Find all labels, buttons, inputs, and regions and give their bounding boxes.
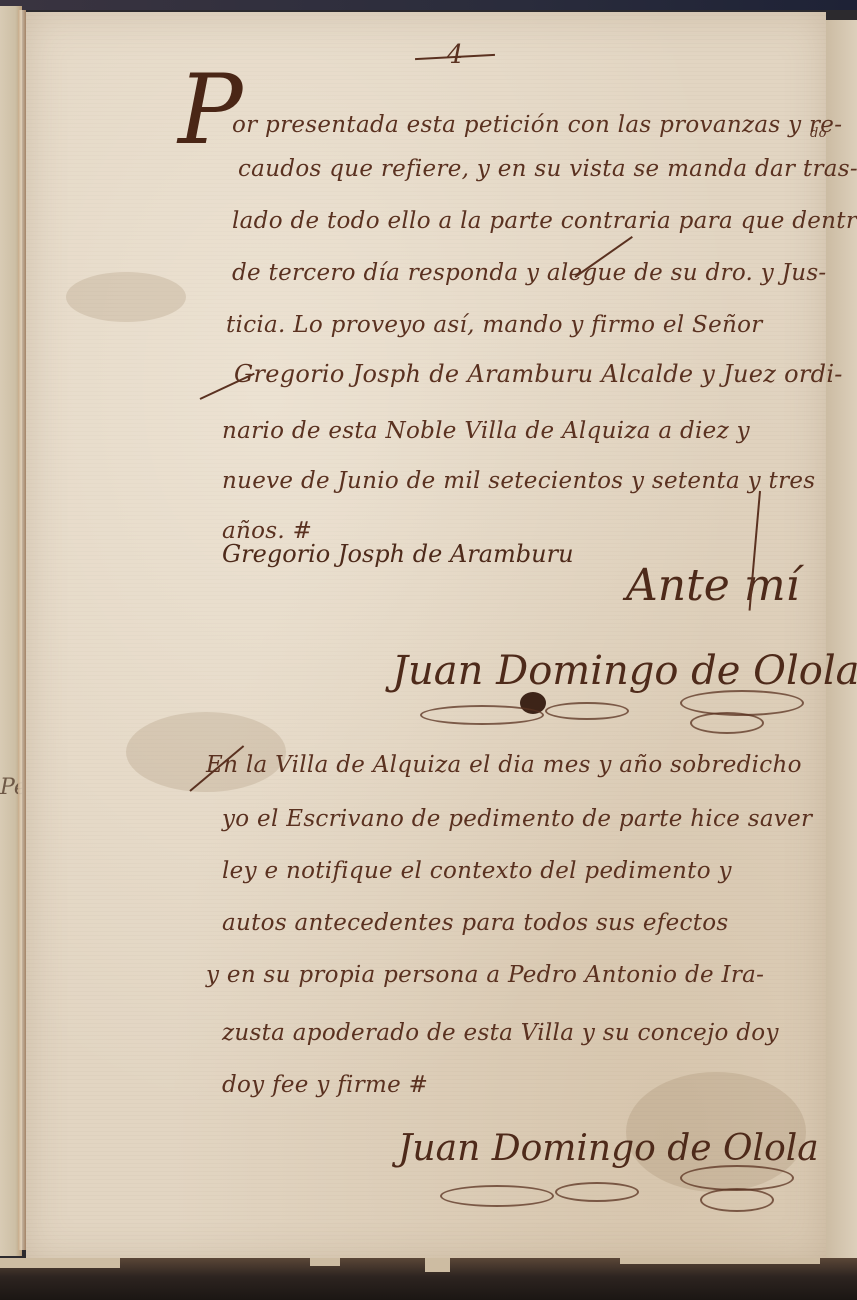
torn-edge: [620, 1258, 820, 1264]
text-line-4: de tercero día responda y alegue de su d…: [232, 260, 827, 286]
signature-flourish: [440, 1185, 554, 1207]
scan-bottom-edge: [0, 1258, 857, 1300]
signature-flourish: [690, 712, 764, 734]
text-line-7: nario de esta Noble Villa de Alquiza a d…: [222, 418, 750, 444]
text-line-15: zusta apoderado de esta Villa y su conce…: [222, 1020, 779, 1046]
paper-stain: [66, 272, 186, 322]
text-line-13: autos antecedentes para todos sus efecto…: [222, 910, 729, 936]
text-line-8: nueve de Junio de mil setecientos y sete…: [222, 468, 815, 494]
text-line-2: caudos que refiere, y en su vista se man…: [238, 156, 857, 182]
ante-mi-rubric: Ante mí: [626, 560, 800, 611]
folio-number: 4: [415, 40, 495, 80]
adjacent-right-page-edge: [824, 20, 857, 1260]
text-line-5: ticia. Lo proveyo así, mando y firmo el …: [226, 312, 763, 338]
signature-flourish: [545, 702, 629, 720]
text-line-6: Gregorio Josph de Aramburu Alcalde y Jue…: [234, 360, 843, 388]
torn-edge: [310, 1258, 340, 1266]
text-line-14: y en su propia persona a Pedro Antonio d…: [206, 962, 764, 988]
text-line-12: ley e notifique el contexto del pediment…: [222, 858, 732, 884]
text-line-1: or presentada esta petición con las prov…: [232, 112, 842, 138]
text-line-11: yo el Escrivano de pedimento de parte hi…: [222, 806, 812, 832]
binding-gutter: [18, 10, 26, 1250]
text-line-16: doy fee y firme #: [222, 1072, 428, 1098]
signature-flourish: [700, 1188, 774, 1212]
decorated-initial: P: [178, 62, 243, 158]
notary-signature-1: Juan Domingo de Olola: [392, 648, 857, 694]
magistrate-signature: Gregorio Josph de Aramburu: [222, 540, 574, 568]
signature-flourish: [555, 1182, 639, 1202]
torn-edge: [0, 1258, 120, 1268]
notary-signature-2: Juan Domingo de Olola: [398, 1128, 819, 1169]
scan-top-edge: [0, 0, 857, 10]
text-line-10: En la Villa de Alquiza el dia mes y año …: [206, 752, 802, 778]
torn-edge: [425, 1258, 450, 1272]
text-line-3: lado de todo ello a la parte contraria p…: [232, 208, 857, 234]
signature-flourish: [420, 705, 544, 725]
